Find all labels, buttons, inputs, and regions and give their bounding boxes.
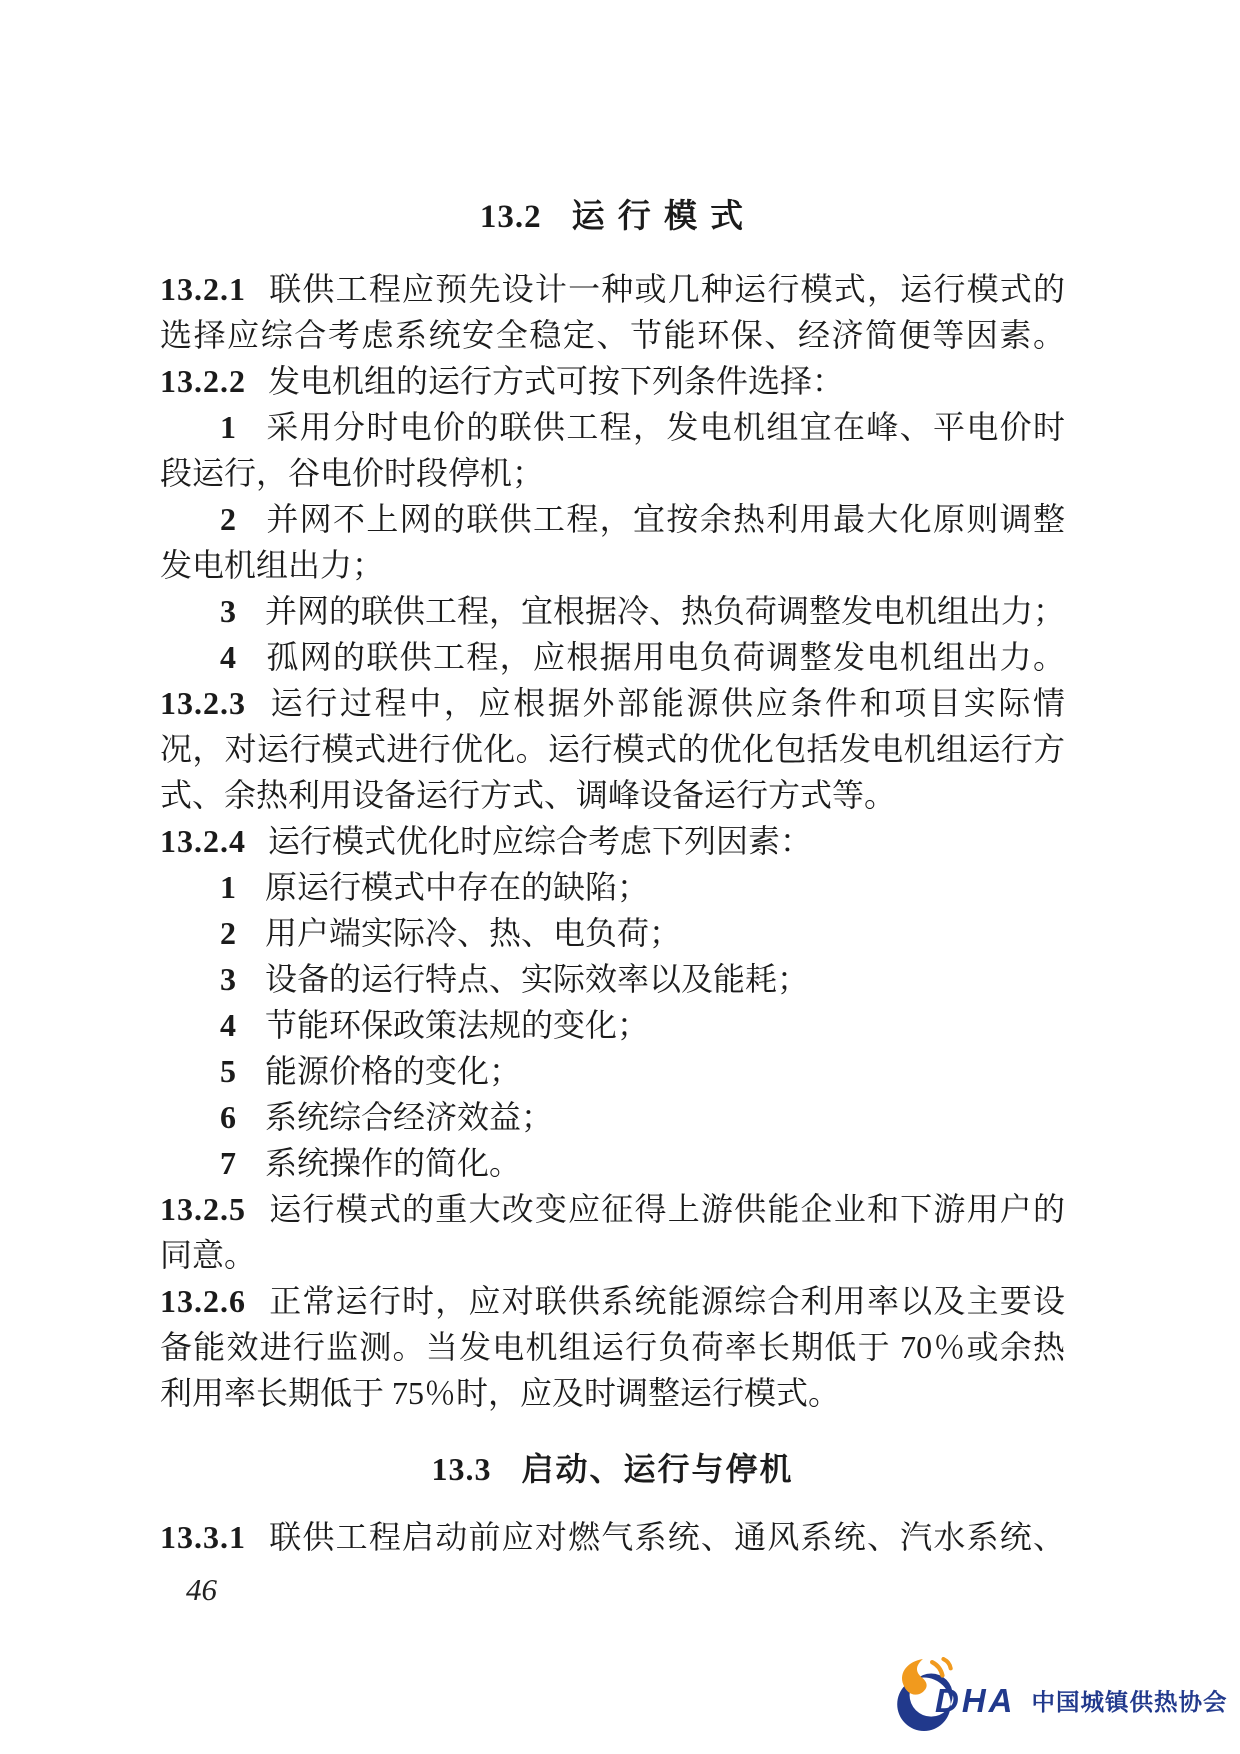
line-text: 孤网的联供工程，应根据用电负荷调整发电机组出力。	[265, 639, 1065, 675]
line-text: 运行模式的重大改变应征得上游供能企业和下游用户的	[268, 1191, 1065, 1227]
page-number: 46	[186, 1572, 217, 1608]
clause-number: 13.2.2	[160, 363, 246, 399]
line-text: 选择应综合考虑系统安全稳定、节能环保、经济简便等因素。	[160, 317, 1065, 353]
text-line: 2用户端实际冷、热、电负荷；	[160, 910, 1065, 956]
clause-number: 2	[220, 915, 237, 951]
clause-number: 6	[220, 1099, 237, 1135]
line-text: 能源价格的变化；	[265, 1053, 521, 1089]
clause-number: 1	[220, 869, 237, 905]
text-line: 4节能环保政策法规的变化；	[160, 1002, 1065, 1048]
clause-number: 13.3.1	[160, 1519, 246, 1555]
text-line: 况，对运行模式进行优化。运行模式的优化包括发电机组运行方	[160, 726, 1065, 772]
text-line: 13.2.4运行模式优化时应综合考虑下列因素：	[160, 818, 1065, 864]
line-text: 利用率长期低于 75％时，应及时调整运行模式。	[160, 1375, 840, 1411]
line-text: 运行过程中，应根据外部能源供应条件和项目实际情	[268, 685, 1065, 721]
line-text: 发电机组出力；	[160, 547, 384, 583]
text-line: 13.2.6正常运行时，应对联供系统能源综合利用率以及主要设	[160, 1278, 1065, 1324]
clause-number: 1	[220, 409, 237, 445]
line-text: 运 行 模 式	[572, 197, 746, 234]
text-line: 6系统综合经济效益；	[160, 1094, 1065, 1140]
line-text: 用户端实际冷、热、电负荷；	[265, 915, 681, 951]
line-text: 采用分时电价的联供工程，发电机组宜在峰、平电价时	[265, 409, 1065, 445]
clause-number: 13.2.5	[160, 1191, 246, 1227]
clause-number: 3	[220, 593, 237, 629]
text-line: 备能效进行监测。当发电机组运行负荷率长期低于 70％或余热	[160, 1324, 1065, 1370]
text-line: 选择应综合考虑系统安全稳定、节能环保、经济简便等因素。	[160, 312, 1065, 358]
document-page: 13.2运 行 模 式13.2.1联供工程应预先设计一种或几种运行模式，运行模式…	[0, 0, 1240, 1754]
text-line: 1采用分时电价的联供工程，发电机组宜在峰、平电价时	[160, 404, 1065, 450]
logo-acronym: DHA	[935, 1682, 1016, 1720]
text-line: 发电机组出力；	[160, 542, 1065, 588]
line-text: 运行模式优化时应综合考虑下列因素：	[268, 823, 812, 859]
text-line: 13.2.3运行过程中，应根据外部能源供应条件和项目实际情	[160, 680, 1065, 726]
clause-number: 2	[220, 501, 237, 537]
text-line: 13.2.1联供工程应预先设计一种或几种运行模式，运行模式的	[160, 266, 1065, 312]
clause-number: 13.2.6	[160, 1283, 246, 1319]
line-text: 设备的运行特点、实际效率以及能耗；	[265, 961, 809, 997]
line-text: 系统综合经济效益；	[265, 1099, 553, 1135]
clause-number: 4	[220, 639, 237, 675]
section-heading: 13.2运 行 模 式	[160, 193, 1065, 240]
clause-number: 7	[220, 1145, 237, 1181]
line-text: 联供工程应预先设计一种或几种运行模式，运行模式的	[268, 271, 1065, 307]
line-text: 式、余热利用设备运行方式、调峰设备运行方式等。	[160, 777, 896, 813]
text-line: 13.2.2发电机组的运行方式可按下列条件选择：	[160, 358, 1065, 404]
text-line: 段运行，谷电价时段停机；	[160, 450, 1065, 496]
clause-number: 4	[220, 1007, 237, 1043]
clause-number: 13.2	[480, 199, 542, 235]
clause-number: 13.2.1	[160, 271, 246, 307]
document-body: 13.2运 行 模 式13.2.1联供工程应预先设计一种或几种运行模式，运行模式…	[160, 193, 1065, 1560]
text-line: 3设备的运行特点、实际效率以及能耗；	[160, 956, 1065, 1002]
clause-number: 13.2.4	[160, 823, 246, 859]
clause-number: 5	[220, 1053, 237, 1089]
text-line: 4孤网的联供工程，应根据用电负荷调整发电机组出力。	[160, 634, 1065, 680]
association-logo: DHA 中国城镇供热协会	[893, 1656, 1228, 1732]
line-text: 正常运行时，应对联供系统能源综合利用率以及主要设	[268, 1283, 1065, 1319]
text-line: 13.2.5运行模式的重大改变应征得上游供能企业和下游用户的	[160, 1186, 1065, 1232]
text-line: 2并网不上网的联供工程，宜按余热利用最大化原则调整	[160, 496, 1065, 542]
line-text: 况，对运行模式进行优化。运行模式的优化包括发电机组运行方	[160, 731, 1065, 767]
section-heading: 13.3启动、运行与停机	[160, 1446, 1065, 1492]
clause-number: 3	[220, 961, 237, 997]
line-text: 并网的联供工程，宜根据冷、热负荷调整发电机组出力；	[265, 593, 1065, 629]
text-line: 1原运行模式中存在的缺陷；	[160, 864, 1065, 910]
text-line: 利用率长期低于 75％时，应及时调整运行模式。	[160, 1370, 1065, 1416]
line-text: 联供工程启动前应对燃气系统、通风系统、汽水系统、	[268, 1519, 1065, 1555]
line-text: 并网不上网的联供工程，宜按余热利用最大化原则调整	[265, 501, 1065, 537]
text-line: 3并网的联供工程，宜根据冷、热负荷调整发电机组出力；	[160, 588, 1065, 634]
clause-number: 13.2.3	[160, 685, 246, 721]
clause-number: 13.3	[431, 1451, 491, 1487]
line-text: 备能效进行监测。当发电机组运行负荷率长期低于 70％或余热	[160, 1329, 1065, 1365]
line-text: 原运行模式中存在的缺陷；	[265, 869, 649, 905]
line-text: 启动、运行与停机	[521, 1451, 793, 1487]
line-text: 同意。	[160, 1237, 256, 1273]
text-line: 13.3.1联供工程启动前应对燃气系统、通风系统、汽水系统、	[160, 1514, 1065, 1560]
text-line: 式、余热利用设备运行方式、调峰设备运行方式等。	[160, 772, 1065, 818]
line-text: 系统操作的简化。	[265, 1145, 521, 1181]
line-text: 发电机组的运行方式可按下列条件选择：	[268, 363, 844, 399]
line-text: 节能环保政策法规的变化；	[265, 1007, 649, 1043]
text-line: 同意。	[160, 1232, 1065, 1278]
text-line: 5能源价格的变化；	[160, 1048, 1065, 1094]
logo-association-name: 中国城镇供热协会	[1032, 1683, 1228, 1717]
line-text: 段运行，谷电价时段停机；	[160, 455, 544, 491]
text-line: 7系统操作的简化。	[160, 1140, 1065, 1186]
